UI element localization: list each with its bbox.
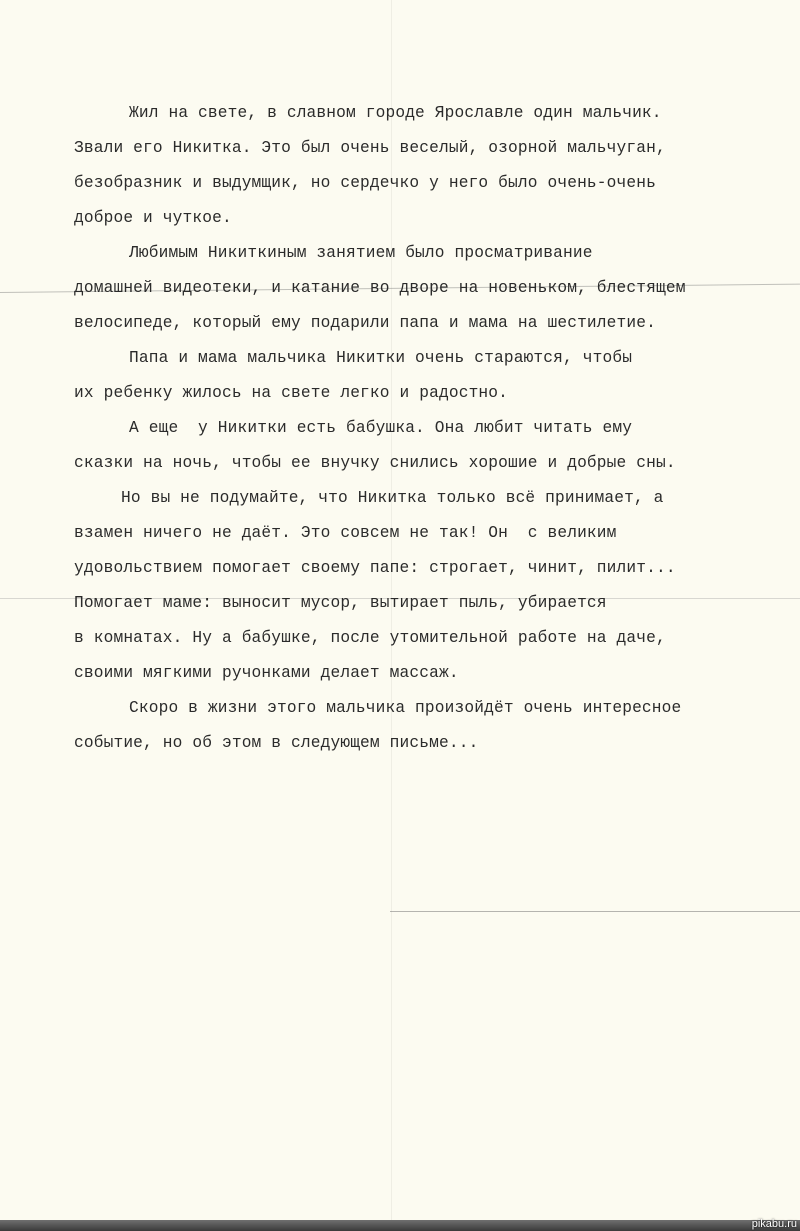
text-line: в комнатах. Ну а бабушке, после утомител… <box>74 621 794 656</box>
text-line: Скоро в жизни этого мальчика произойдёт … <box>74 691 794 726</box>
text-line: событие, но об этом в следующем письме..… <box>74 726 794 761</box>
text-line: Любимым Никиткиным занятием было просмат… <box>74 236 794 271</box>
text-line: удовольствием помогает своему папе: стро… <box>74 551 794 586</box>
text-line: велосипеде, который ему подарили папа и … <box>74 306 794 341</box>
text-line: Папа и мама мальчика Никитки очень стара… <box>74 341 794 376</box>
text-line: доброе и чуткое. <box>74 201 794 236</box>
text-line: Звали его Никитка. Это был очень веселый… <box>74 131 794 166</box>
text-line: Жил на свете, в славном городе Ярославле… <box>74 96 794 131</box>
text-line: домашней видеотеки, и катание во дворе н… <box>74 271 794 306</box>
watermark: pikabu.ru <box>752 1218 797 1231</box>
text-line: А еще у Никитки есть бабушка. Она любит … <box>74 411 794 446</box>
letter-body: Жил на свете, в славном городе Ярославле… <box>74 96 794 761</box>
text-line: безобразник и выдумщик, но сердечко у не… <box>74 166 794 201</box>
scanner-edge <box>0 1220 800 1231</box>
text-line: сказки на ночь, чтобы ее внучку снились … <box>74 446 794 481</box>
fold-line <box>390 911 800 912</box>
text-line: взамен ничего не даёт. Это совсем не так… <box>74 516 794 551</box>
paper-sheet: Жил на свете, в славном городе Ярославле… <box>0 0 800 1220</box>
text-line: своими мягкими ручонками делает массаж. <box>74 656 794 691</box>
text-line: Помогает маме: выносит мусор, вытирает п… <box>74 586 794 621</box>
text-line: их ребенку жилось на свете легко и радос… <box>74 376 794 411</box>
text-line: Но вы не подумайте, что Никитка только в… <box>74 481 794 516</box>
